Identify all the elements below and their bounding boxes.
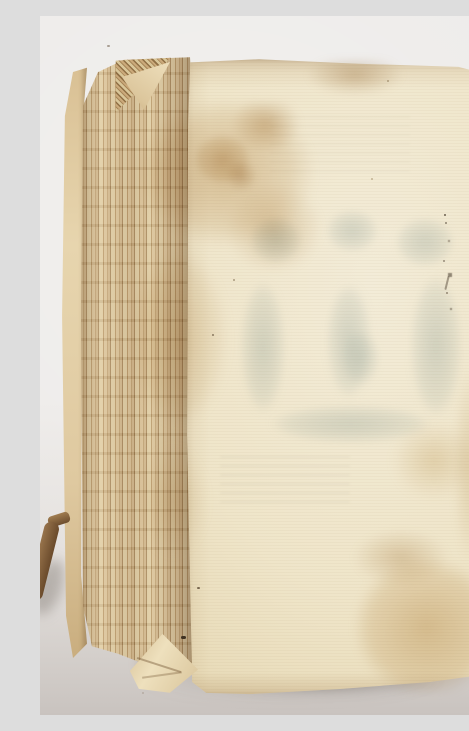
wall-speck <box>107 45 110 47</box>
corner-fold-bottom-left <box>124 630 198 694</box>
emblem-showthrough <box>232 202 469 452</box>
foxing-speck <box>181 636 186 639</box>
foxing-speck <box>233 279 235 281</box>
text-block-fore-edge <box>80 56 194 678</box>
foxing-speck <box>371 178 373 180</box>
ink-squiggle <box>444 276 449 290</box>
foxing-speck <box>387 80 389 82</box>
showthrough-scroll <box>316 202 388 260</box>
foxing-speck <box>212 334 214 336</box>
showthrough-base <box>238 398 464 450</box>
book-photograph: Close-up photograph of an antique vellum… <box>40 16 469 715</box>
text-showthrough-lines <box>220 456 350 506</box>
text-showthrough-lines <box>270 116 410 176</box>
ink-dots <box>444 214 446 216</box>
ink-offset-marks <box>440 212 458 316</box>
wall-speck <box>142 692 144 694</box>
foxing-speck <box>197 587 200 589</box>
showthrough-figure <box>334 320 386 396</box>
